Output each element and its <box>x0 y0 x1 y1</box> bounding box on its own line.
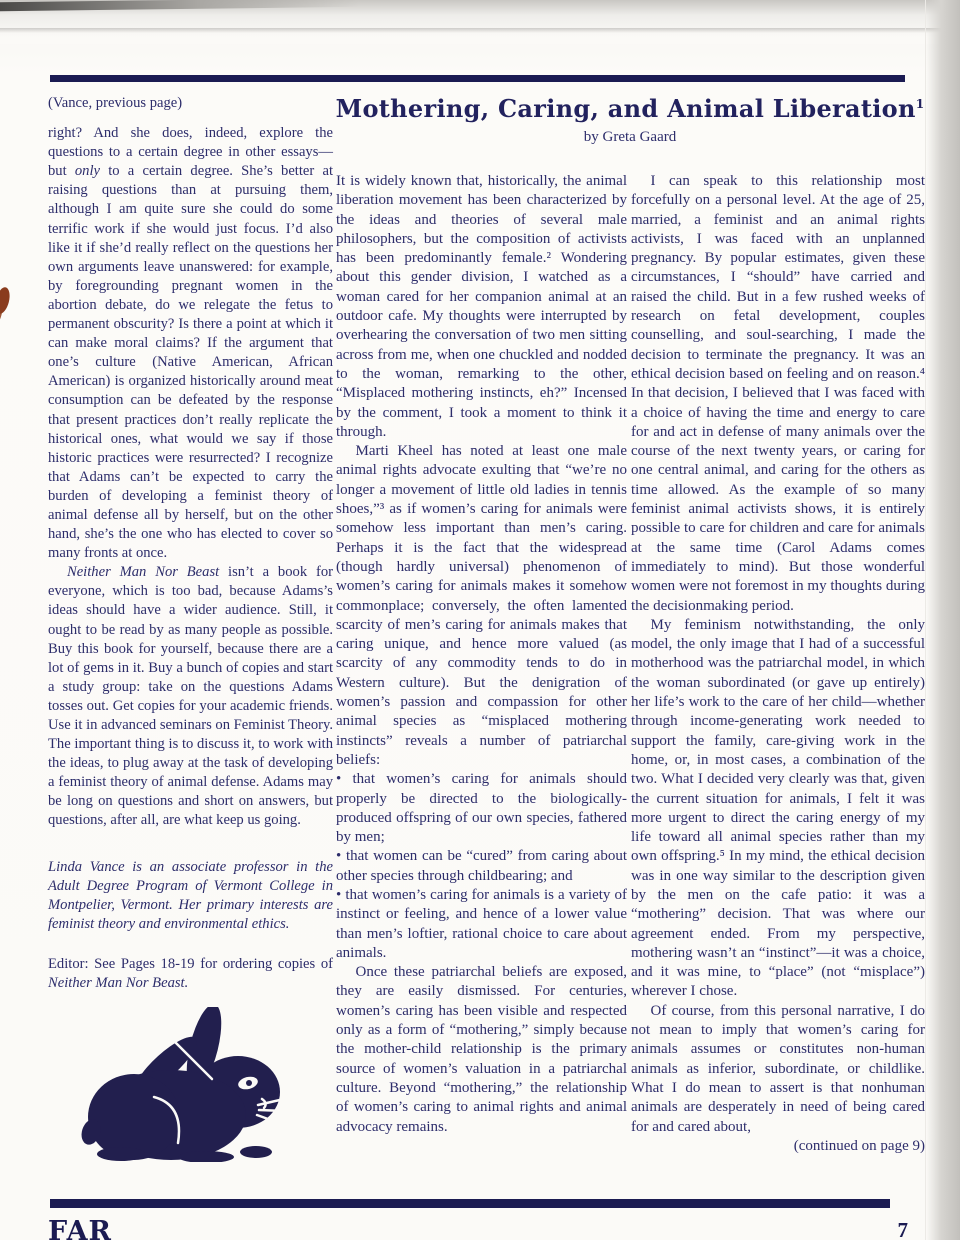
scan-edge-top <box>0 0 960 44</box>
article-header: Mothering, Caring, and Animal Liberation… <box>334 96 926 146</box>
text-run: only <box>75 163 100 179</box>
text-run: Of course, from this personal narrative,… <box>631 1003 925 1135</box>
text-run: Linda Vance is an associate professor in… <box>48 859 333 932</box>
paragraph: I can speak to this relationship most fo… <box>631 172 925 616</box>
text-run: Neither Man Nor Beast <box>67 564 219 580</box>
bullet-item: • that women can be “cured” from caring … <box>336 847 627 886</box>
right-column: I can speak to this relationship most fo… <box>631 172 925 1156</box>
masthead-far: FAR <box>48 1216 112 1240</box>
paragraph: Neither Man Nor Beast isn’t a book for e… <box>48 563 333 830</box>
paragraph: Editor: See Pages 18-19 for ordering cop… <box>48 955 333 993</box>
middle-column: It is widely known that, historically, t… <box>336 172 627 1137</box>
byline: by Greta Gaard <box>334 129 926 146</box>
paragraph: My feminism notwithstanding, the only mo… <box>631 616 925 1002</box>
text-run: to a certain degree. She’s better at rai… <box>48 163 333 561</box>
rabbit-illustration <box>66 1007 316 1168</box>
right-column-text: I can speak to this relationship most fo… <box>631 172 925 1156</box>
bullet-item: • that women’s caring for animals should… <box>336 770 627 847</box>
ink-smudge <box>0 286 12 315</box>
text-run: • that women’s caring for animals should… <box>336 771 627 845</box>
paragraph: Linda Vance is an associate professor in… <box>48 858 333 934</box>
paragraph: It is widely known that, historically, t… <box>336 172 627 442</box>
paragraph: Once these patriarchal beliefs are expos… <box>336 963 627 1137</box>
text-run: Once these patriarchal beliefs are expos… <box>336 964 627 1134</box>
left-column-text: right? And she does, indeed, explore the… <box>48 124 333 993</box>
text-run: Marti Kheel has noted at least one male … <box>336 443 627 768</box>
text-run: • that women can be “cured” from caring … <box>336 848 627 883</box>
top-rule <box>50 75 905 82</box>
continuation-note: (Vance, previous page) <box>48 94 333 113</box>
paragraph: Of course, from this personal narrative,… <box>631 1002 925 1137</box>
text-run: (continued on page 9) <box>794 1138 925 1154</box>
bullet-item: • that women’s caring for animals is a v… <box>336 886 627 963</box>
scan-edge-right <box>925 0 960 1240</box>
text-run: isn’t a book for everyone, which is too … <box>48 564 333 828</box>
text-run: I can speak to this relationship most fo… <box>631 173 925 614</box>
paragraph: (continued on page 9) <box>631 1137 925 1156</box>
text-run: Neither Man Nor Beast. <box>48 975 188 991</box>
article-title: Mothering, Caring, and Animal Liberation… <box>334 96 926 122</box>
left-column: (Vance, previous page) right? And she do… <box>48 94 333 1168</box>
bottom-rule <box>50 1199 890 1208</box>
page-number: 7 <box>898 1218 909 1240</box>
text-run: Editor: See Pages 18-19 for ordering cop… <box>48 956 333 972</box>
text-run: • that women’s caring for animals is a v… <box>336 887 627 961</box>
rabbit-silhouette-icon <box>66 1007 316 1162</box>
article-title-text: Mothering, Caring, and Animal Liberation <box>336 94 916 123</box>
paragraph: right? And she does, indeed, explore the… <box>48 124 333 563</box>
footnote-mark: 1 <box>916 97 925 111</box>
scanned-page: Mothering, Caring, and Animal Liberation… <box>0 0 960 1240</box>
paragraph: Marti Kheel has noted at least one male … <box>336 442 627 770</box>
text-run: My feminism notwithstanding, the only mo… <box>631 617 925 1000</box>
text-run: It is widely known that, historically, t… <box>336 173 627 440</box>
